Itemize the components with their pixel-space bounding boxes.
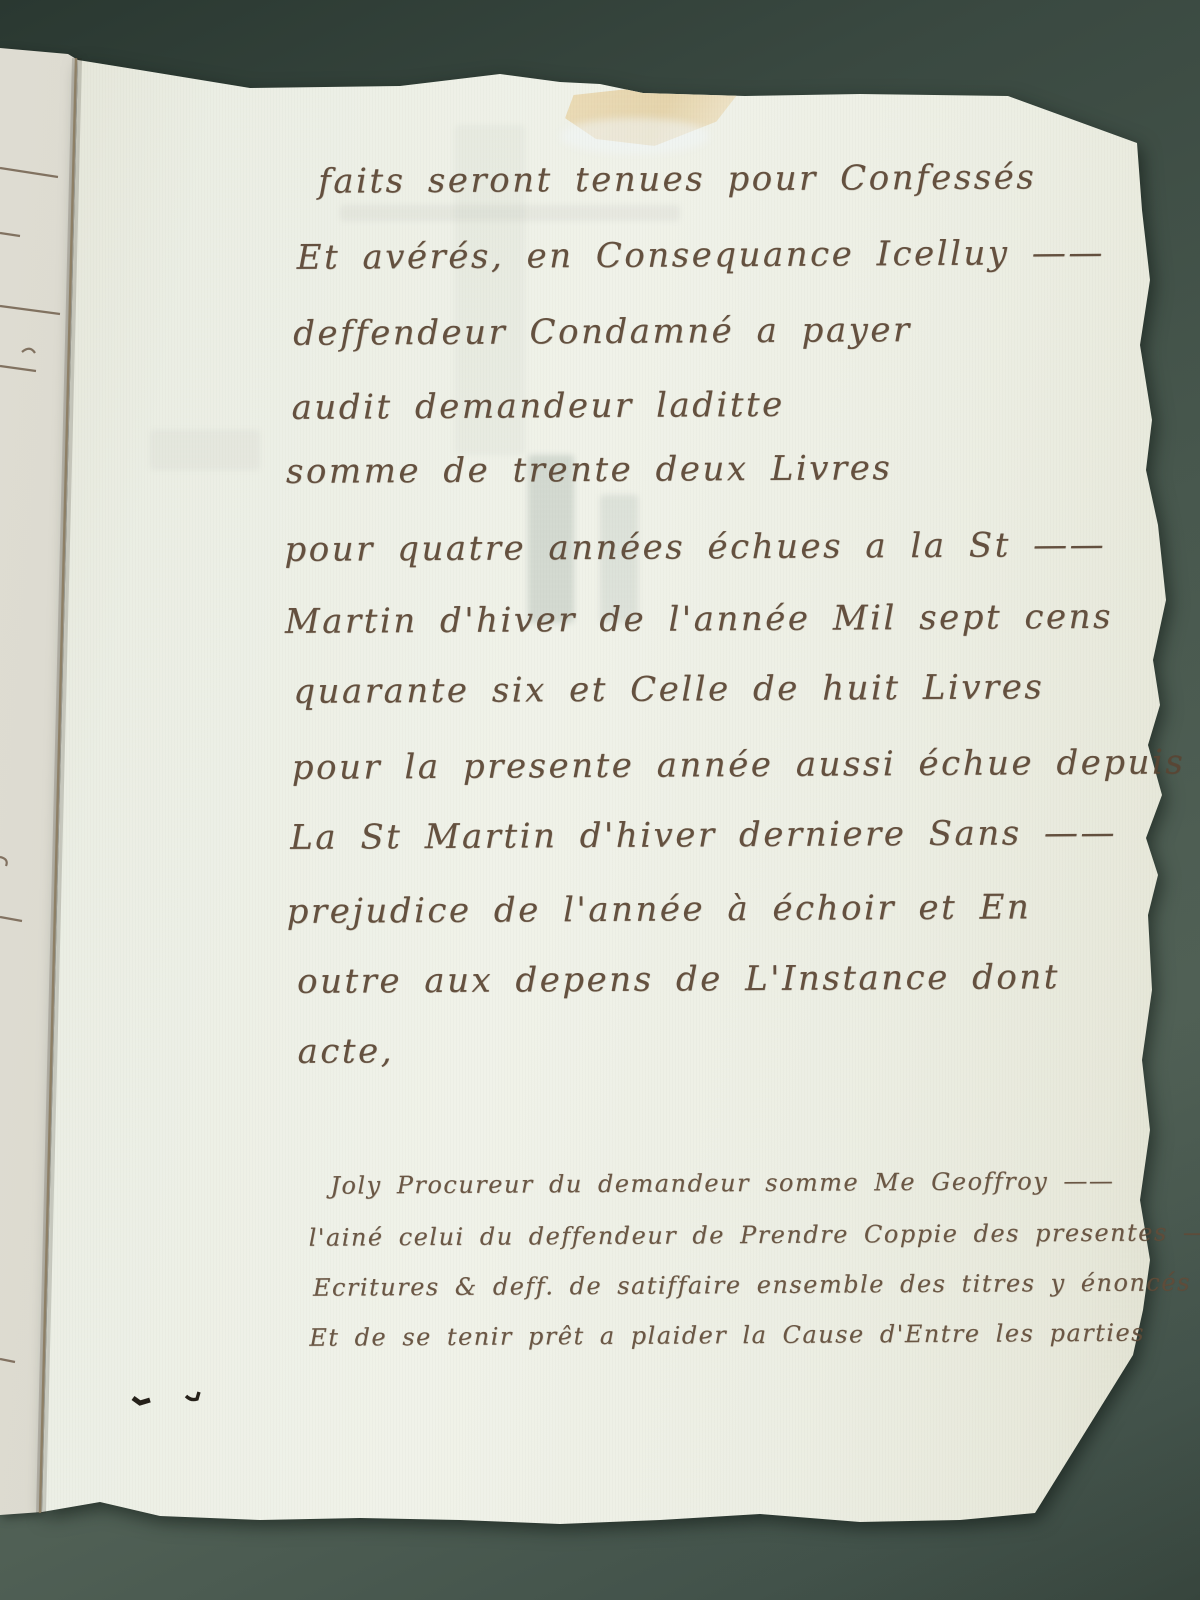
manuscript-line: pour la presente année aussi échue depui… xyxy=(292,742,1186,787)
handwritten-text: faits seront tenues pour Confessés Et av… xyxy=(0,0,1200,1600)
manuscript-line: acte, xyxy=(297,1031,394,1072)
manuscript-line: prejudice de l'année à échoir et En xyxy=(287,887,1032,932)
procureur-note-line: Et de se tenir prêt a plaider la Cause d… xyxy=(309,1319,1145,1352)
manuscript-line: quarante six et Celle de huit Livres xyxy=(293,667,1044,712)
manuscript-line: Et avérés, en Consequance Icelluy —— xyxy=(297,233,1105,278)
manuscript-line: Martin d'hiver de l'année Mil sept cens xyxy=(285,597,1113,642)
manuscript-line: audit demandeur laditte xyxy=(291,385,784,428)
manuscript-line: faits seront tenues pour Confessés xyxy=(318,157,1036,201)
manuscript-line: somme de trente deux Livres xyxy=(286,448,893,492)
procureur-note-line: l'ainé celui du deffendeur de Prendre Co… xyxy=(309,1218,1200,1252)
procureur-note-line: Joly Procureur du demandeur somme Me Geo… xyxy=(330,1167,1114,1200)
manuscript-line: outre aux depens de L'Instance dont xyxy=(297,957,1060,1002)
manuscript-line: pour quatre années échues a la St —— xyxy=(284,525,1106,570)
manuscript-photo: faits seront tenues pour Confessés Et av… xyxy=(0,0,1200,1600)
manuscript-line: La St Martin d'hiver derniere Sans —— xyxy=(290,813,1117,858)
manuscript-line: deffendeur Condamné a payer xyxy=(293,310,912,354)
procureur-note-line: Ecritures & deff. de satiffaire ensemble… xyxy=(313,1268,1191,1301)
